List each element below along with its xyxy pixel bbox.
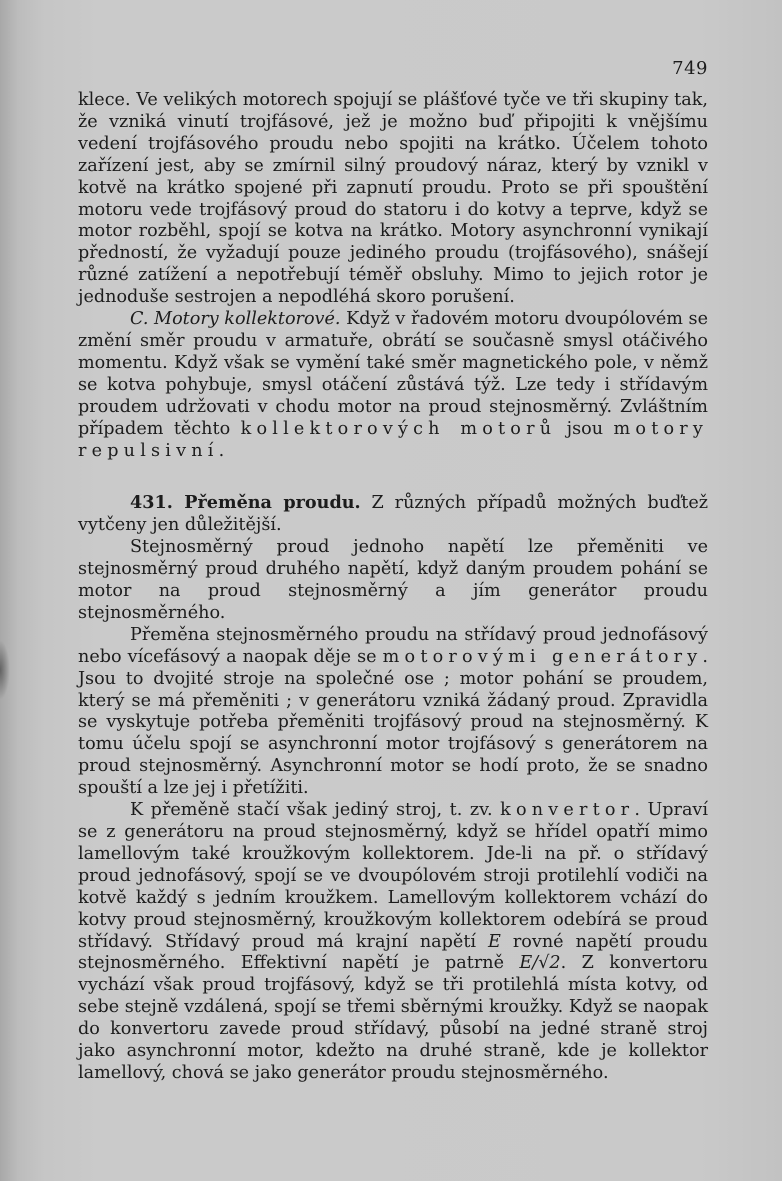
- math-expression-effective-voltage: E/√2: [519, 953, 560, 973]
- emphasis-spaced: kollektorových motorů: [241, 419, 557, 439]
- emphasis-spaced: motorovými generátory: [383, 647, 703, 667]
- subheading-collector-motors: C. Motory kollektorové.: [130, 309, 341, 329]
- paragraph-dc-to-dc: Stejnosměrný proud jednoho napětí lze př…: [78, 537, 708, 625]
- math-symbol-E: E: [488, 932, 501, 952]
- paragraph-continuation: klece. Ve velikých motorech spojují se p…: [78, 90, 708, 309]
- paragraph-text: K přeměně stačí však jediný stroj, t. zv…: [130, 800, 500, 820]
- paragraph-collector-motors: C. Motory kollektorové. Když v řadovém m…: [78, 309, 708, 462]
- page-number: 749: [672, 58, 708, 79]
- emphasis-spaced: konvertor: [500, 800, 634, 820]
- paragraph-motor-generators: Přeměna stejnosměrného proudu na střídav…: [78, 625, 708, 800]
- section-gap: [78, 462, 708, 492]
- scan-edge-shadow: [0, 640, 10, 700]
- section-heading: 431. Přeměna proudu.: [130, 492, 361, 513]
- section-431-heading-paragraph: 431. Přeměna proudu. Z různých případů m…: [78, 492, 708, 537]
- page-body: klece. Ve velikých motorech spojují se p…: [78, 90, 708, 1085]
- paragraph-text: .: [219, 441, 225, 461]
- paragraph-converter: K přeměně stačí však jediný stroj, t. zv…: [78, 800, 708, 1085]
- paragraph-text: . Jsou to dvojité stroje na společné ose…: [78, 647, 708, 798]
- paragraph-text: jsou: [556, 419, 613, 439]
- paragraph-text: . Upraví se z generátoru na proud stejno…: [78, 800, 708, 951]
